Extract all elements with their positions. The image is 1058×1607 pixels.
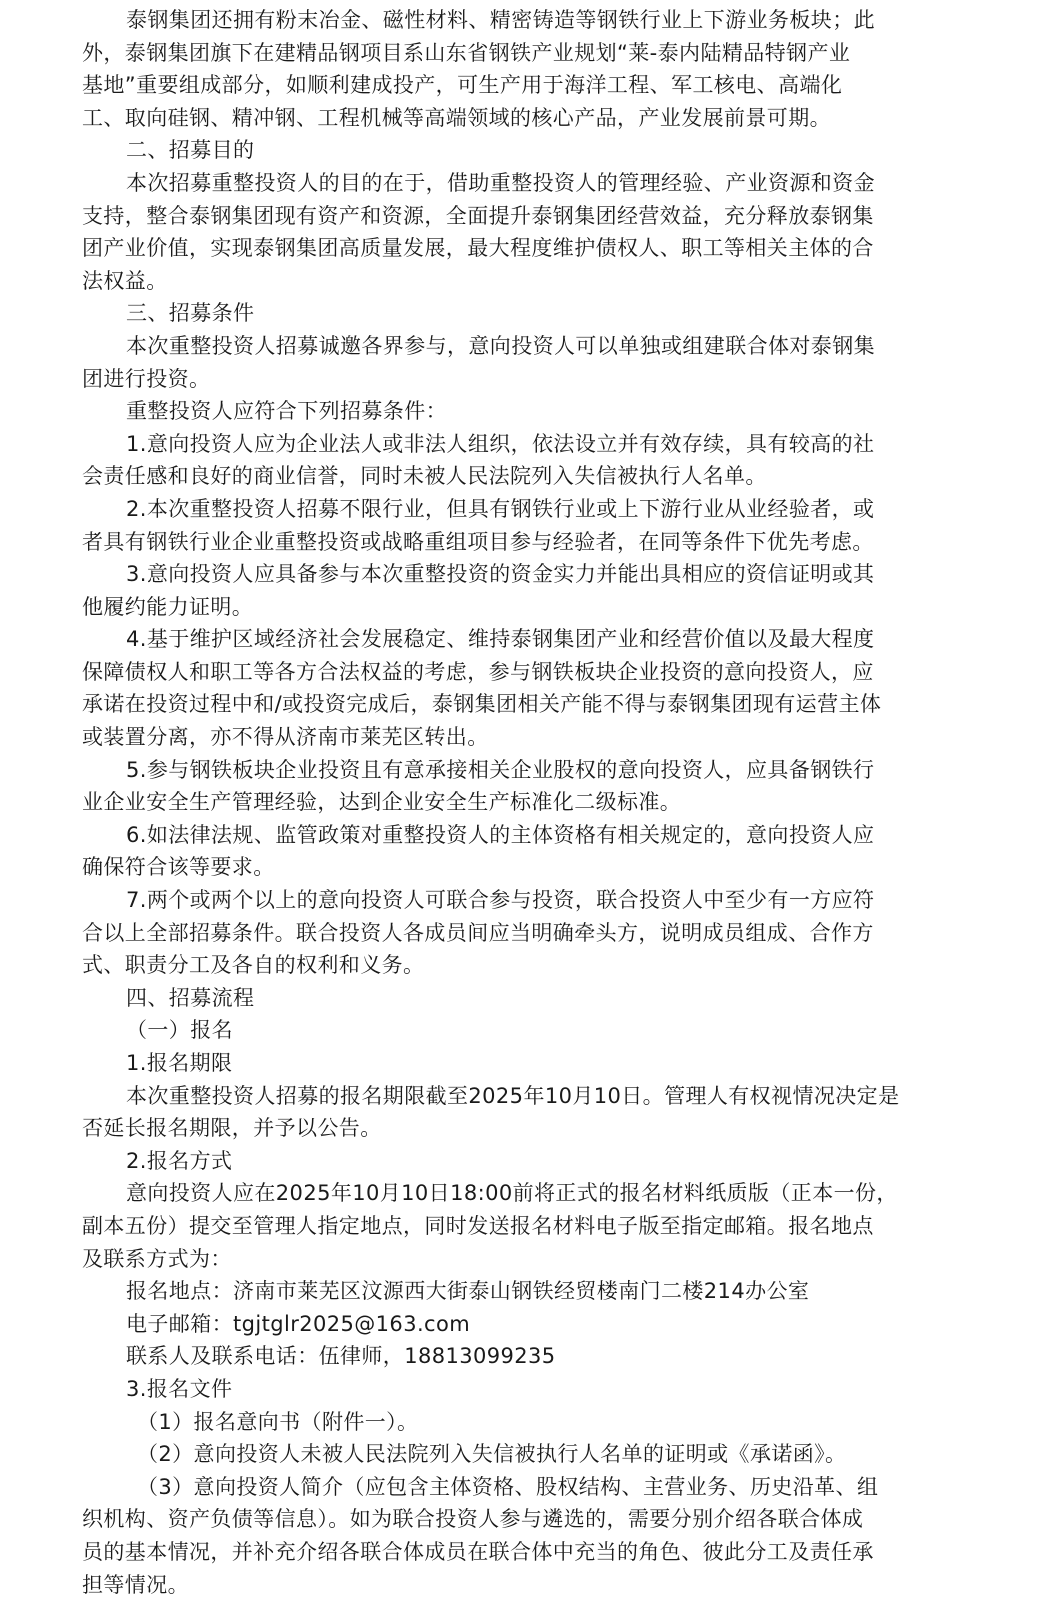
text-line: （一）报名 [82, 1014, 922, 1047]
section-heading: 三、招募条件 [82, 297, 922, 330]
text-line: 电子邮箱：tgjtglr2025@163.com [82, 1308, 922, 1341]
paragraph: （3）意向投资人简介（应包含主体资格、股权结构、主营业务、历史沿革、组织机构、资… [82, 1471, 922, 1601]
text-line: （1）报名意向书（附件一）。 [82, 1406, 922, 1439]
text-line: 意向投资人应在2025年10月10日18:00前将正式的报名材料纸质版（正本一份… [82, 1177, 922, 1210]
text-line: 报名地点：济南市莱芜区汶源西大街泰山钢铁经贸楼南门二楼214办公室 [82, 1275, 922, 1308]
text-line: 3.报名文件 [82, 1373, 922, 1406]
text-line: 织机构、资产负债等信息）。如为联合投资人参与遴选的，需要分别介绍各联合体成 [82, 1503, 922, 1536]
text-line: 者具有钢铁行业企业重整投资或战略重组项目参与经验者，在同等条件下优先考虑。 [82, 526, 922, 559]
text-line: 三、招募条件 [82, 297, 922, 330]
paragraph: 1.意向投资人应为企业法人或非法人组织，依法设立并有效存续，具有较高的社会责任感… [82, 428, 922, 493]
paragraph: 本次重整投资人招募的报名期限截至2025年10月10日。管理人有权视情况决定是否… [82, 1080, 922, 1145]
paragraph: 3.意向投资人应具备参与本次重整投资的资金实力并能出具相应的资信证明或其他履约能… [82, 558, 922, 623]
text-line: 法权益。 [82, 265, 922, 298]
text-line: 3.意向投资人应具备参与本次重整投资的资金实力并能出具相应的资信证明或其 [82, 558, 922, 591]
text-line: 重整投资人应符合下列招募条件： [82, 395, 922, 428]
text-line: 承诺在投资过程中和/或投资完成后，泰钢集团相关产能不得与泰钢集团现有运营主体 [82, 688, 922, 721]
section-heading: 3.报名文件 [82, 1373, 922, 1406]
text-line: 保障债权人和职工等各方合法权益的考虑，参与钢铁板块企业投资的意向投资人，应 [82, 656, 922, 689]
text-line: 支持，整合泰钢集团现有资产和资源，全面提升泰钢集团经营效益，充分释放泰钢集 [82, 200, 922, 233]
paragraph: 本次招募重整投资人的目的在于，借助重整投资人的管理经验、产业资源和资金支持，整合… [82, 167, 922, 297]
section-heading: 四、招募流程 [82, 982, 922, 1015]
text-line: 团进行投资。 [82, 363, 922, 396]
text-line: 联系人及联系电话：伍律师，18813099235 [82, 1340, 922, 1373]
text-line: 5.参与钢铁板块企业投资且有意承接相关企业股权的意向投资人，应具备钢铁行 [82, 754, 922, 787]
text-line: 6.如法律法规、监管政策对重整投资人的主体资格有相关规定的，意向投资人应 [82, 819, 922, 852]
text-line: 担等情况。 [82, 1569, 922, 1602]
text-line: 7.两个或两个以上的意向投资人可联合参与投资，联合投资人中至少有一方应符 [82, 884, 922, 917]
paragraph: 7.两个或两个以上的意向投资人可联合参与投资，联合投资人中至少有一方应符合以上全… [82, 884, 922, 982]
text-line: 四、招募流程 [82, 982, 922, 1015]
text-line: 业企业安全生产管理经验，达到企业安全生产标准化二级标准。 [82, 786, 922, 819]
paragraph: （2）意向投资人未被人民法院列入失信被执行人名单的证明或《承诺函》。 [82, 1438, 922, 1471]
text-line: 外，泰钢集团旗下在建精品钢项目系山东省钢铁产业规划“莱-泰内陆精品特钢产业 [82, 37, 922, 70]
text-line: 确保符合该等要求。 [82, 851, 922, 884]
text-line: 及联系方式为： [82, 1243, 922, 1276]
text-line: 1.意向投资人应为企业法人或非法人组织，依法设立并有效存续，具有较高的社 [82, 428, 922, 461]
text-line: 式、职责分工及各自的权利和义务。 [82, 949, 922, 982]
text-line: （2）意向投资人未被人民法院列入失信被执行人名单的证明或《承诺函》。 [82, 1438, 922, 1471]
text-line: 4.基于维护区域经济社会发展稳定、维持泰钢集团产业和经营价值以及最大程度 [82, 623, 922, 656]
paragraph: 报名地点：济南市莱芜区汶源西大街泰山钢铁经贸楼南门二楼214办公室 [82, 1275, 922, 1308]
paragraph: （1）报名意向书（附件一）。 [82, 1406, 922, 1439]
text-line: 员的基本情况，并补充介绍各联合体成员在联合体中充当的角色、彼此分工及责任承 [82, 1536, 922, 1569]
paragraph: 4.基于维护区域经济社会发展稳定、维持泰钢集团产业和经营价值以及最大程度保障债权… [82, 623, 922, 753]
text-line: （3）意向投资人简介（应包含主体资格、股权结构、主营业务、历史沿革、组 [82, 1471, 922, 1504]
paragraph: 6.如法律法规、监管政策对重整投资人的主体资格有相关规定的，意向投资人应确保符合… [82, 819, 922, 884]
text-line: 团产业价值，实现泰钢集团高质量发展，最大程度维护债权人、职工等相关主体的合 [82, 232, 922, 265]
section-heading: （一）报名 [82, 1014, 922, 1047]
text-line: 本次重整投资人招募的报名期限截至2025年10月10日。管理人有权视情况决定是 [82, 1080, 922, 1113]
text-line: 他履约能力证明。 [82, 591, 922, 624]
text-line: 本次重整投资人招募诚邀各界参与，意向投资人可以单独或组建联合体对泰钢集 [82, 330, 922, 363]
paragraph: 重整投资人应符合下列招募条件： [82, 395, 922, 428]
paragraph: 意向投资人应在2025年10月10日18:00前将正式的报名材料纸质版（正本一份… [82, 1177, 922, 1275]
text-line: 工、取向硅钢、精冲钢、工程机械等高端领域的核心产品，产业发展前景可期。 [82, 102, 922, 135]
text-line: 二、招募目的 [82, 134, 922, 167]
paragraph: 电子邮箱：tgjtglr2025@163.com [82, 1308, 922, 1341]
section-heading: 二、招募目的 [82, 134, 922, 167]
section-heading: 2.报名方式 [82, 1145, 922, 1178]
text-line: 否延长报名期限，并予以公告。 [82, 1112, 922, 1145]
text-line: 2.本次重整投资人招募不限行业，但具有钢铁行业或上下游行业从业经验者，或 [82, 493, 922, 526]
text-line: 或装置分离，亦不得从济南市莱芜区转出。 [82, 721, 922, 754]
text-line: 基地”重要组成部分，如顺利建成投产，可生产用于海洋工程、军工核电、高端化 [82, 69, 922, 102]
document-page: 泰钢集团还拥有粉末冶金、磁性材料、精密铸造等钢铁行业上下游业务板块；此外，泰钢集… [82, 4, 922, 1601]
paragraph: 5.参与钢铁板块企业投资且有意承接相关企业股权的意向投资人，应具备钢铁行业企业安… [82, 754, 922, 819]
paragraph: 泰钢集团还拥有粉末冶金、磁性材料、精密铸造等钢铁行业上下游业务板块；此外，泰钢集… [82, 4, 922, 134]
text-line: 副本五份）提交至管理人指定地点，同时发送报名材料电子版至指定邮箱。报名地点 [82, 1210, 922, 1243]
paragraph: 2.本次重整投资人招募不限行业，但具有钢铁行业或上下游行业从业经验者，或者具有钢… [82, 493, 922, 558]
paragraph: 本次重整投资人招募诚邀各界参与，意向投资人可以单独或组建联合体对泰钢集团进行投资… [82, 330, 922, 395]
text-line: 合以上全部招募条件。联合投资人各成员间应当明确牵头方，说明成员组成、合作方 [82, 917, 922, 950]
section-heading: 1.报名期限 [82, 1047, 922, 1080]
text-line: 会责任感和良好的商业信誉，同时未被人民法院列入失信被执行人名单。 [82, 460, 922, 493]
text-line: 1.报名期限 [82, 1047, 922, 1080]
text-line: 泰钢集团还拥有粉末冶金、磁性材料、精密铸造等钢铁行业上下游业务板块；此 [82, 4, 922, 37]
paragraph: 联系人及联系电话：伍律师，18813099235 [82, 1340, 922, 1373]
text-line: 2.报名方式 [82, 1145, 922, 1178]
text-line: 本次招募重整投资人的目的在于，借助重整投资人的管理经验、产业资源和资金 [82, 167, 922, 200]
